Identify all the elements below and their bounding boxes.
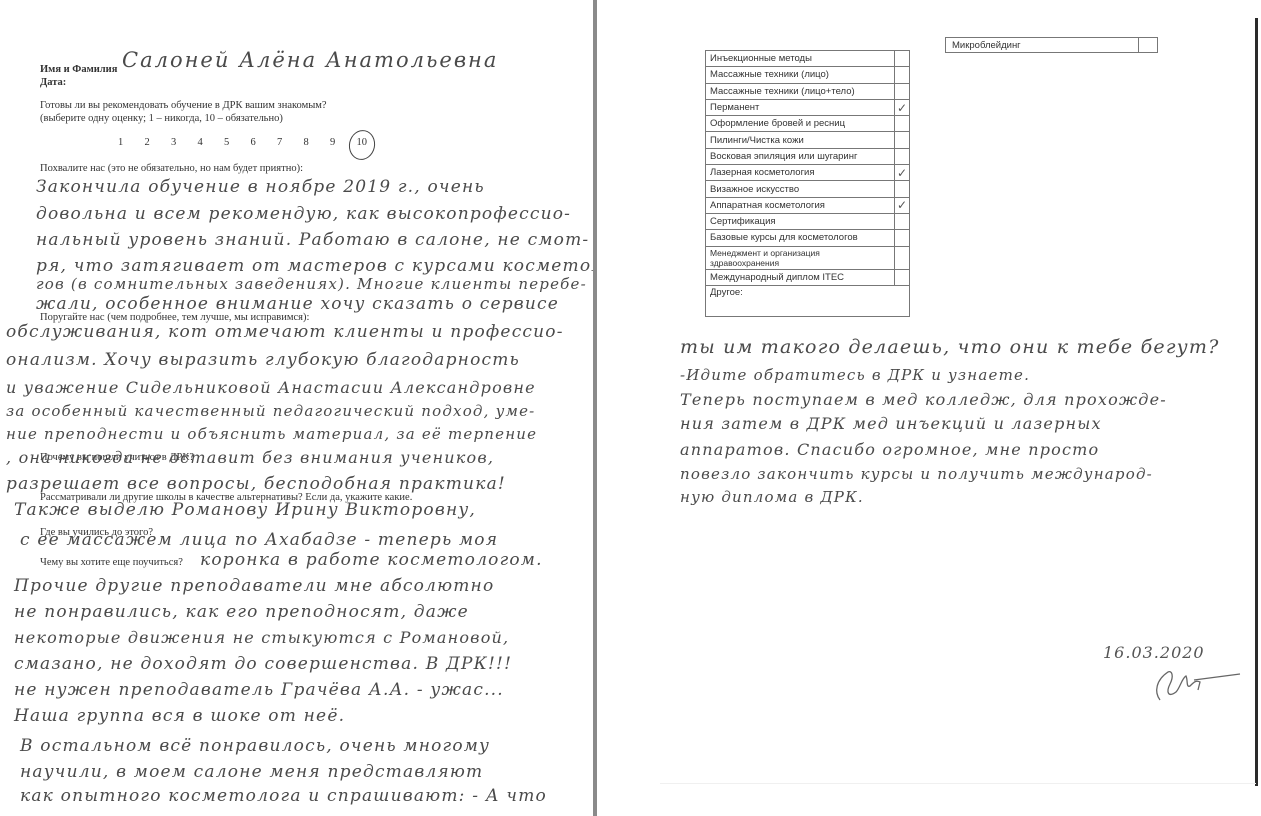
rating-scale: 12345678910 (118, 137, 383, 148)
rating-option[interactable]: 4 (198, 137, 225, 148)
recommend-question: Готовы ли вы рекомендовать обучение в ДР… (40, 100, 327, 111)
checklist-checkbox[interactable] (895, 213, 910, 229)
name-label: Имя и Фамилия (40, 64, 117, 75)
handwriting-line: смазано, не доходят до совершенства. В Д… (14, 654, 512, 674)
checklist-label: Сертификация (706, 213, 895, 229)
checklist-row: Международный диплом ITEC (706, 269, 910, 285)
checklist-label: Базовые курсы для косметологов (706, 230, 895, 246)
rating-option[interactable]: 6 (251, 137, 278, 148)
checklist-label: Инъекционные методы (706, 51, 895, 67)
handwriting-line: научили, в моем салоне меня представляют (20, 762, 483, 782)
want-learn-label: Чему вы хотите еще поучиться? (40, 557, 183, 568)
praise-label: Похвалите нас (это не обязательно, но на… (40, 163, 303, 174)
handwriting-line: ную диплома в ДРК. (680, 488, 864, 506)
checklist-checkbox[interactable] (895, 230, 910, 246)
rating-option[interactable]: 2 (145, 137, 172, 148)
microblading-row: Микроблейдинг (945, 37, 1158, 53)
handwriting-line: повезло закончить курсы и получить между… (680, 465, 1153, 483)
checklist-checkbox[interactable] (895, 246, 910, 269)
checklist-label: Массажные техники (лицо+тело) (706, 83, 895, 99)
microblading-label: Микроблейдинг (946, 38, 1139, 53)
page-edge (1255, 18, 1258, 786)
checklist-label: Пилинги/Чистка кожи (706, 132, 895, 148)
handwriting-line: ния затем в ДРК мед инъекций и лазерных (680, 414, 1102, 433)
checklist-row: Аппаратная косметология✓ (706, 197, 910, 213)
recommend-hint: (выберите одну оценку; 1 – никогда, 10 –… (40, 113, 283, 124)
checklist-checkbox[interactable] (895, 269, 910, 285)
handwriting-line: , она никогда не оставит без внимания уч… (6, 448, 494, 467)
checklist-checkbox[interactable] (895, 51, 910, 67)
rating-option-selected[interactable]: 10 (357, 137, 384, 148)
handwriting-line: ря, что затягивает от мастеров с курсами… (36, 256, 622, 276)
handwriting-line: некоторые движения не стыкуются с Романо… (14, 628, 509, 647)
date-label: Дата: (40, 77, 66, 88)
checklist-row: Сертификация (706, 213, 910, 229)
checklist-row: Инъекционные методы (706, 51, 910, 67)
checklist-row: Менеджмент и организация здравоохранения (706, 246, 910, 269)
handwriting-line: и уважение Сидельниковой Анастасии Алекс… (6, 378, 536, 397)
handwriting-line: онализм. Хочу выразить глубокую благодар… (6, 350, 520, 370)
checklist-label: Аппаратная косметология (706, 197, 895, 213)
checkmark-icon[interactable]: ✓ (895, 99, 910, 115)
rating-option[interactable]: 1 (118, 137, 145, 148)
handwriting-line: аппаратов. Спасибо огромное, мне просто (680, 440, 1099, 459)
handwriting-line: Также выделю Романову Ирину Викторовну, (14, 500, 476, 520)
checklist-label: Восковая эпиляция или шугаринг (706, 148, 895, 164)
checklist-label: Массажные техники (лицо) (706, 67, 895, 83)
checklist-label: Лазерная косметология (706, 165, 895, 181)
page-bottom-edge (660, 783, 1256, 784)
checklist-row: Массажные техники (лицо+тело) (706, 83, 910, 99)
signature-icon (1150, 662, 1245, 707)
checklist-label: Международный диплом ITEC (706, 269, 895, 285)
handwriting-line: гов (в сомнительных заведениях). Многие … (36, 275, 587, 293)
handwriting-line: нальный уровень знаний. Работаю в салоне… (36, 230, 589, 250)
checklist-row: Визажное искусство (706, 181, 910, 197)
checklist-row: Массажные техники (лицо) (706, 67, 910, 83)
name-value: Салоней Алёна Анатольевна (122, 48, 498, 72)
rating-option[interactable]: 3 (171, 137, 198, 148)
checklist-row: Лазерная косметология✓ (706, 165, 910, 181)
checklist-row: Восковая эпиляция или шугаринг (706, 148, 910, 164)
rating-option[interactable]: 8 (304, 137, 331, 148)
handwriting-line: -Идите обратитесь в ДРК и узнаете. (680, 366, 1030, 384)
handwriting-line: как опытного косметолога и спрашивают: -… (20, 786, 547, 806)
checklist-label: Перманент (706, 99, 895, 115)
checklist-row: Перманент✓ (706, 99, 910, 115)
course-checklist: Инъекционные методыМассажные техники (ли… (705, 50, 910, 317)
rating-option[interactable]: 5 (224, 137, 251, 148)
handwriting-line: Теперь поступаем в мед колледж, для прох… (680, 390, 1167, 409)
handwriting-line: В остальном всё понравилось, очень много… (20, 736, 490, 756)
handwriting-line: Прочие другие преподаватели мне абсолютн… (14, 576, 494, 596)
checklist-label: Менеджмент и организация здравоохранения (706, 246, 895, 269)
handwriting-line: Наша группа вся в шоке от неё. (14, 706, 345, 726)
handwriting-line: не понравились, как его преподносят, даж… (14, 602, 469, 622)
checklist-other-row: Другое: (706, 285, 910, 316)
checklist-checkbox[interactable] (895, 83, 910, 99)
handwriting-line: не нужен преподаватель Грачёва А.А. - уж… (14, 680, 504, 700)
handwriting-line: коронка в работе косметологом. (200, 550, 543, 570)
rating-option[interactable]: 7 (277, 137, 304, 148)
handwriting-line: жали, особенное внимание хочу сказать о … (36, 294, 559, 314)
checklist-checkbox[interactable] (895, 67, 910, 83)
handwriting-line: за особенный качественный педагогический… (6, 402, 535, 420)
checklist-row: Оформление бровей и ресниц (706, 116, 910, 132)
handwriting-line: ние преподнести и объяснить материал, за… (6, 425, 537, 443)
checklist-label: Оформление бровей и ресниц (706, 116, 895, 132)
other-label: Другое: (706, 285, 910, 316)
checklist-label: Визажное искусство (706, 181, 895, 197)
checklist-checkbox[interactable] (895, 181, 910, 197)
handwriting-line: ты им такого делаешь, что они к тебе бег… (680, 336, 1220, 358)
checklist-checkbox[interactable] (895, 132, 910, 148)
checklist-row: Базовые курсы для косметологов (706, 230, 910, 246)
checklist-checkbox[interactable] (895, 116, 910, 132)
handwriting-line: с ее массажем лица по Ахабадзе - теперь … (20, 530, 498, 550)
handwriting-line: Закончила обучение в ноябре 2019 г., оче… (36, 177, 485, 197)
handwriting-line: обслуживания, кот отмечают клиенты и про… (6, 322, 564, 342)
checklist-checkbox[interactable] (895, 148, 910, 164)
microblading-checkbox[interactable] (1139, 38, 1158, 53)
handwriting-line: довольна и всем рекомендую, как высокопр… (36, 204, 571, 224)
checklist-row: Пилинги/Чистка кожи (706, 132, 910, 148)
left-page: Имя и Фамилия Салоней Алёна Анатольевна … (0, 0, 593, 816)
signature-date: 16.03.2020 (1103, 643, 1205, 662)
checkmark-icon[interactable]: ✓ (895, 197, 910, 213)
checkmark-icon[interactable]: ✓ (895, 165, 910, 181)
handwriting-line: разрешает все вопросы, бесподобная практ… (6, 474, 506, 494)
